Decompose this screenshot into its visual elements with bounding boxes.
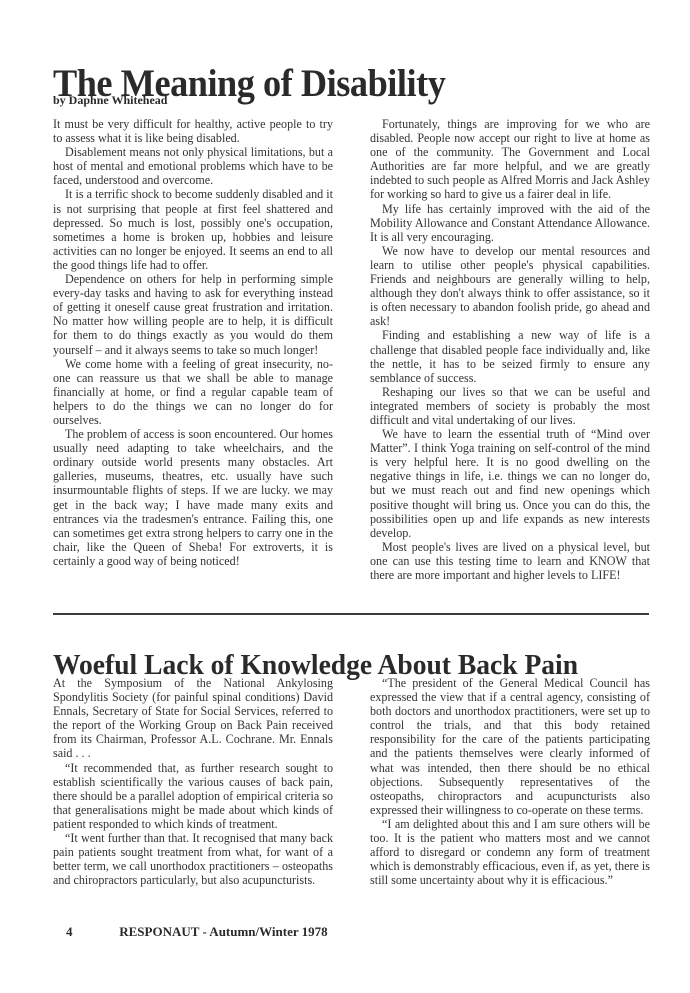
- article1-column-left: It must be very difficult for healthy, a…: [53, 117, 333, 568]
- paragraph: It is a terrific shock to become suddenl…: [53, 187, 333, 272]
- article-byline: by Daphne Whitehead: [53, 93, 167, 108]
- paragraph: Dependence on others for help in perform…: [53, 272, 333, 357]
- paragraph: “It recommended that, as further researc…: [53, 761, 333, 831]
- paragraph: Finding and establishing a new way of li…: [370, 328, 650, 384]
- section-divider: [53, 613, 649, 615]
- article1-column-right: Fortunately, things are improving for we…: [370, 117, 650, 582]
- paragraph: It must be very difficult for healthy, a…: [53, 117, 333, 145]
- paragraph: Disablement means not only physical limi…: [53, 145, 333, 187]
- paragraph: The problem of access is soon encountere…: [53, 427, 333, 568]
- paragraph: “I am delighted about this and I am sure…: [370, 817, 650, 887]
- paragraph: At the Symposium of the National Ankylos…: [53, 676, 333, 761]
- article2-column-left: At the Symposium of the National Ankylos…: [53, 676, 333, 887]
- page-number: 4: [66, 924, 116, 940]
- paragraph: We now have to develop our mental resour…: [370, 244, 650, 329]
- article2-column-right: “The president of the General Medical Co…: [370, 676, 650, 887]
- paragraph: My life has certainly improved with the …: [370, 202, 650, 244]
- paragraph: Reshaping our lives so that we can be us…: [370, 385, 650, 427]
- paragraph: Fortunately, things are improving for we…: [370, 117, 650, 202]
- paragraph: We have to learn the essential truth of …: [370, 427, 650, 540]
- page-footer: 4 RESPONAUT - Autumn/Winter 1978: [66, 924, 328, 940]
- paragraph: Most people's lives are lived on a physi…: [370, 540, 650, 582]
- paragraph: We come home with a feeling of great ins…: [53, 357, 333, 427]
- paragraph: “It went further than that. It recognise…: [53, 831, 333, 887]
- paragraph: “The president of the General Medical Co…: [370, 676, 650, 817]
- publication-name: RESPONAUT - Autumn/Winter 1978: [119, 924, 327, 939]
- magazine-page: The Meaning of Disability by Daphne Whit…: [0, 0, 690, 993]
